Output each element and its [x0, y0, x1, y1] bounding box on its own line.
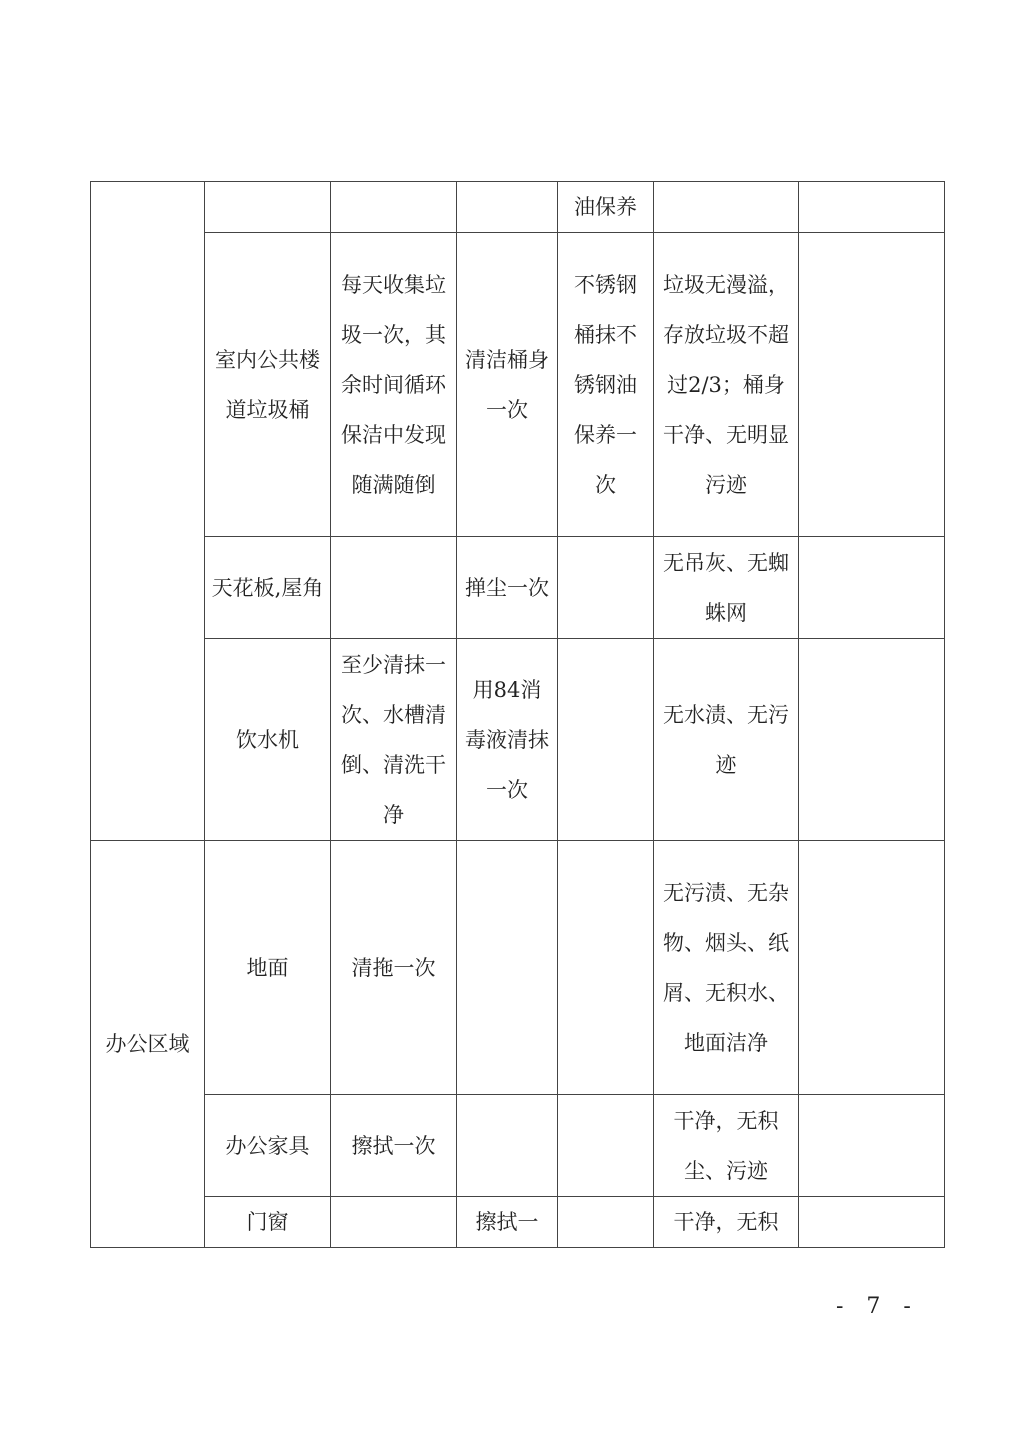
monthly-cell: [558, 1197, 654, 1248]
daily-cell: [331, 182, 457, 233]
monthly-cell: [558, 841, 654, 1095]
standard-cell: 无水渍、无污迹: [654, 639, 799, 841]
item-cell: [205, 182, 331, 233]
weekly-cell: 擦拭一: [457, 1197, 558, 1248]
weekly-cell: [457, 182, 558, 233]
remark-cell: [799, 182, 945, 233]
remark-cell: [799, 1095, 945, 1197]
table-row: 天花板,屋角 掸尘一次 无吊灰、无蜘蛛网: [91, 537, 945, 639]
standard-cell: [654, 182, 799, 233]
weekly-cell: 清洁桶身一次: [457, 233, 558, 537]
standard-cell: 垃圾无漫溢，存放垃圾不超过2/3；桶身干净、无明显污迹: [654, 233, 799, 537]
daily-cell: [331, 537, 457, 639]
item-cell: 地面: [205, 841, 331, 1095]
weekly-cell: [457, 1095, 558, 1197]
area-cell: [91, 182, 205, 841]
page-number: - 7 -: [836, 1294, 919, 1319]
remark-cell: [799, 841, 945, 1095]
standard-cell: 干净，无积尘、污迹: [654, 1095, 799, 1197]
monthly-cell: 油保养: [558, 182, 654, 233]
remark-cell: [799, 233, 945, 537]
document-page: 油保养 室内公共楼道垃圾桶 每天收集垃圾一次，其余时间循环保洁中发现随满随倒 清…: [0, 0, 1024, 1448]
daily-cell: 清拖一次: [331, 841, 457, 1095]
monthly-cell: [558, 639, 654, 841]
item-cell: 门窗: [205, 1197, 331, 1248]
monthly-cell: [558, 537, 654, 639]
area-cell: 办公区域: [91, 841, 205, 1248]
remark-cell: [799, 639, 945, 841]
remark-cell: [799, 537, 945, 639]
weekly-cell: 用84消毒液清抹一次: [457, 639, 558, 841]
table-row: 室内公共楼道垃圾桶 每天收集垃圾一次，其余时间循环保洁中发现随满随倒 清洁桶身一…: [91, 233, 945, 537]
daily-cell: 擦拭一次: [331, 1095, 457, 1197]
remark-cell: [799, 1197, 945, 1248]
table-row: 办公区域 地面 清拖一次 无污渍、无杂物、烟头、纸屑、无积水、地面洁净: [91, 841, 945, 1095]
daily-cell: 至少清抹一次、水槽清倒、清洗干净: [331, 639, 457, 841]
standard-cell: 无污渍、无杂物、烟头、纸屑、无积水、地面洁净: [654, 841, 799, 1095]
weekly-cell: 掸尘一次: [457, 537, 558, 639]
item-cell: 天花板,屋角: [205, 537, 331, 639]
cleaning-schedule-table: 油保养 室内公共楼道垃圾桶 每天收集垃圾一次，其余时间循环保洁中发现随满随倒 清…: [90, 181, 945, 1248]
monthly-cell: [558, 1095, 654, 1197]
table-row: 油保养: [91, 182, 945, 233]
daily-cell: 每天收集垃圾一次，其余时间循环保洁中发现随满随倒: [331, 233, 457, 537]
item-cell: 办公家具: [205, 1095, 331, 1197]
monthly-cell: 不锈钢桶抹不锈钢油保养一次: [558, 233, 654, 537]
table-row: 办公家具 擦拭一次 干净，无积尘、污迹: [91, 1095, 945, 1197]
standard-cell: 无吊灰、无蜘蛛网: [654, 537, 799, 639]
item-cell: 室内公共楼道垃圾桶: [205, 233, 331, 537]
standard-cell: 干净，无积: [654, 1197, 799, 1248]
weekly-cell: [457, 841, 558, 1095]
table-row: 饮水机 至少清抹一次、水槽清倒、清洗干净 用84消毒液清抹一次 无水渍、无污迹: [91, 639, 945, 841]
daily-cell: [331, 1197, 457, 1248]
item-cell: 饮水机: [205, 639, 331, 841]
table-row: 门窗 擦拭一 干净，无积: [91, 1197, 945, 1248]
